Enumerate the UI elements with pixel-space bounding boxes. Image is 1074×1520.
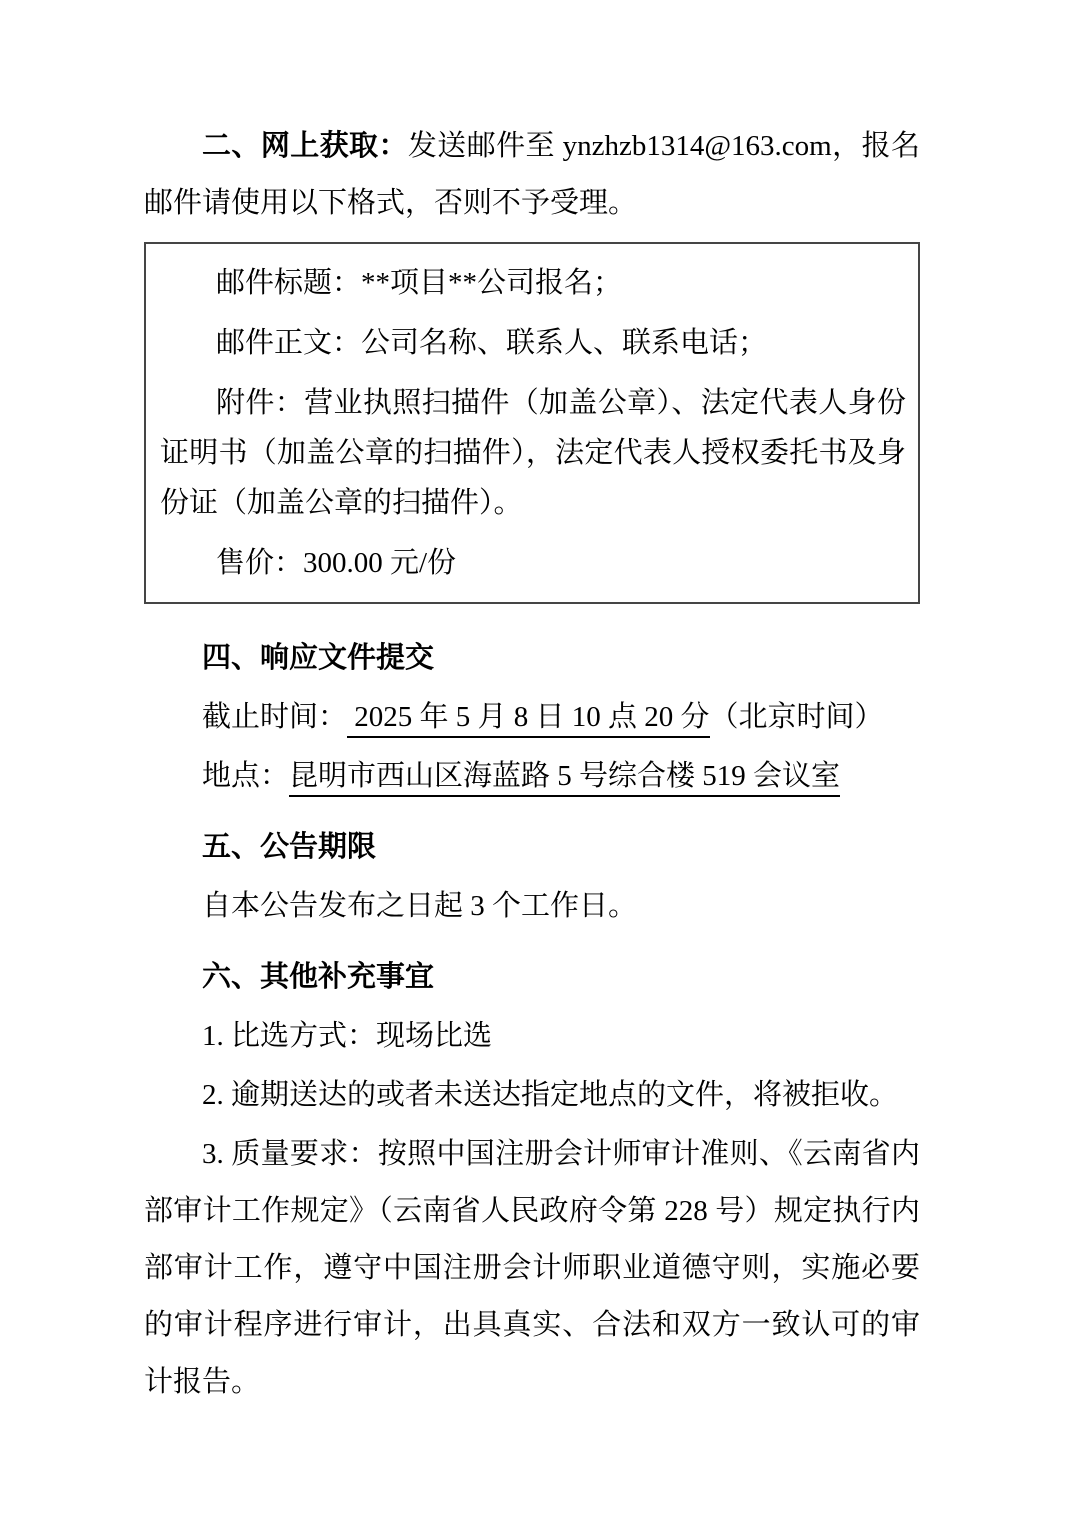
other-item-3: 3. 质量要求：按照中国注册会计师审计准则、《云南省内部审计工作规定》（云南省人…	[144, 1126, 920, 1411]
mail-price-line: 售价：300.00 元/份	[160, 538, 906, 588]
location-line: 地点：昆明市西山区海蓝路 5 号综合楼 519 会议室	[144, 748, 920, 805]
document-page: 二、网上获取：发送邮件至 ynzhzb1314@163.com，报名邮件请使用以…	[0, 0, 1074, 1520]
deadline-label: 截止时间：	[202, 701, 347, 733]
location-value-underlined: 昆明市西山区海蓝路 5 号综合楼 519 会议室	[289, 760, 840, 797]
online-acquisition-paragraph: 二、网上获取：发送邮件至 ynzhzb1314@163.com，报名邮件请使用以…	[144, 118, 920, 232]
other-item-2: 2. 逾期送达的或者未送达指定地点的文件，将被拒收。	[144, 1067, 920, 1124]
mail-attachment-line: 附件：营业执照扫描件（加盖公章）、法定代表人身份证明书（加盖公章的扫描件），法定…	[160, 378, 906, 528]
mail-subject-line: 邮件标题：**项目**公司报名；	[160, 258, 906, 308]
section-heading-period: 五、公告期限	[144, 819, 920, 876]
email-address: ynzhzb1314@163.com	[563, 130, 832, 162]
mail-body-line: 邮件正文：公司名称、联系人、联系电话；	[160, 318, 906, 368]
online-acquisition-text-prefix: 发送邮件至	[408, 130, 563, 162]
deadline-suffix: （北京时间）	[710, 701, 884, 733]
section-heading-other: 六、其他补充事宜	[144, 949, 920, 1006]
deadline-value-underlined: 2025 年 5 月 8 日 10 点 20 分	[347, 701, 710, 738]
other-item-1: 1. 比选方式：现场比选	[144, 1008, 920, 1065]
section-heading-submission: 四、响应文件提交	[144, 630, 920, 687]
online-acquisition-label: 二、网上获取：	[202, 130, 408, 162]
deadline-line: 截止时间： 2025 年 5 月 8 日 10 点 20 分（北京时间）	[144, 689, 920, 746]
period-body-line: 自本公告发布之日起 3 个工作日。	[144, 878, 920, 935]
mail-format-box: 邮件标题：**项目**公司报名； 邮件正文：公司名称、联系人、联系电话； 附件：…	[144, 242, 920, 604]
location-label: 地点：	[202, 760, 289, 792]
